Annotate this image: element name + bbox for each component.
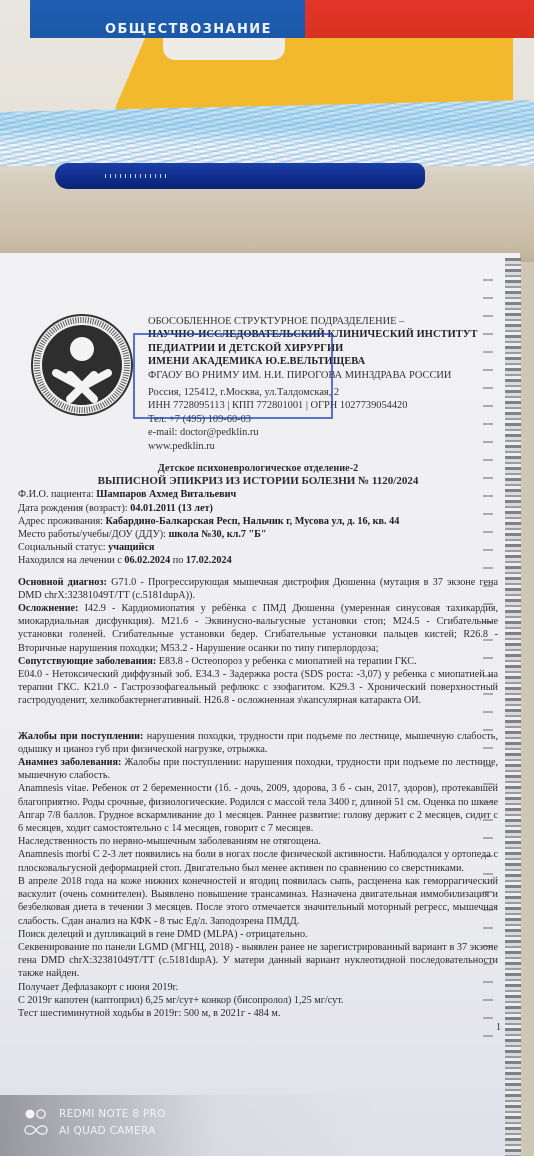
patient-name-row: Ф.И.О. пациента: Шампаров Ахмед Витальев… — [18, 488, 498, 501]
paragraph-deflazacort: Получает Дефлазакорт с июня 2019г. — [18, 981, 498, 994]
department: Детское психоневрологическое отделение-2 — [18, 462, 498, 475]
field-label: Дата рождения (возраст): — [18, 503, 128, 514]
org-line-1: ОБОСОБЛЕННОЕ СТРУКТУРНОЕ ПОДРАЗДЕЛЕНИЕ – — [148, 315, 488, 328]
paragraph-history-2018: В апреле 2018 года на коже нижних конечн… — [18, 875, 498, 928]
binder-spine — [505, 258, 521, 1156]
paragraph-walk-test: Тест шестиминутной ходьбы в 2019г: 500 м… — [18, 1007, 498, 1020]
field-label: Социальный статус: — [18, 542, 106, 553]
section-label: Сопутствующие заболевания: — [18, 656, 156, 667]
complication: Осложнение: I42.9 - Кардиомиопатия у реб… — [18, 602, 498, 655]
textbook-cover: ОБЩЕСТВОЗНАНИЕ — [30, 0, 308, 38]
field-label: Место работы/учебы/ДОУ (ДДУ): — [18, 529, 166, 540]
patient-status: учащийся — [108, 542, 154, 553]
section-label: Осложнение: — [18, 603, 78, 614]
complaints: Жалобы при поступлении: нарушения походк… — [18, 730, 498, 756]
patient-name: Шампаров Ахмед Витальевич — [96, 489, 236, 500]
blue-stamp — [133, 333, 333, 419]
quad-camera-icon — [24, 1107, 48, 1139]
comorbid-diseases: Сопутствующие заболевания: E83.8 - Остео… — [18, 655, 498, 668]
red-book-cover — [305, 0, 534, 38]
stay-from: 06.02.2024 — [124, 555, 170, 566]
patient-address-row: Адрес проживания: Кабардино-Балкарская Р… — [18, 515, 498, 528]
field-label: Адрес проживания: — [18, 516, 103, 527]
institute-logo-icon — [30, 313, 134, 417]
desk-background: ОБЩЕСТВОЗНАНИЕ — [0, 0, 534, 262]
patient-school-row: Место работы/учебы/ДОУ (ДДУ): школа №30,… — [18, 528, 498, 541]
main-diagnosis: Основной диагноз: G71.0 - Прогрессирующа… — [18, 576, 498, 602]
paragraph-anamnesis-vitae: Anamnesis vitae. Ребенок от 2 беременнос… — [18, 782, 498, 835]
section-label: Основной диагноз: — [18, 577, 107, 588]
crayon-drawing-paper — [0, 100, 534, 166]
comorbid-diseases-cont: E04.0 - Нетоксический диффузный зоб. E34… — [18, 668, 498, 708]
patient-status-row: Социальный статус: учащийся — [18, 541, 498, 554]
document-title: ВЫПИСНОЙ ЭПИКРИЗ ИЗ ИСТОРИИ БОЛЕЗНИ № 11… — [18, 475, 498, 488]
org-website: www.pedklin.ru — [148, 440, 488, 453]
pen-grip — [105, 174, 167, 178]
blue-pen — [55, 163, 425, 189]
watermark-model: REDMI NOTE 8 PRO — [59, 1106, 166, 1123]
paragraph-heredity: Наследственность по нервно-мышечным забо… — [18, 835, 498, 848]
section-text: I42.9 - Кардиомиопатия у ребёнка с ПМД Д… — [18, 603, 498, 654]
folder-handle-cutout — [163, 38, 285, 60]
org-email: e-mail: doctor@pedklin.ru — [148, 426, 488, 439]
paragraph-mlpa: Поиск делеций и дупликаций в гене DMD (M… — [18, 928, 498, 941]
field-label: Находился на лечении с — [18, 555, 122, 566]
anamnesis: Анамнез заболевания: Жалобы при поступле… — [18, 756, 498, 782]
stay-to: 17.02.2024 — [186, 555, 232, 566]
watermark-camera: AI QUAD CAMERA — [59, 1123, 166, 1140]
field-label: Ф.И.О. пациента: — [18, 489, 94, 500]
patient-address: Кабардино-Балкарская Респ, Нальчик г, Му… — [106, 516, 400, 527]
discharge-summary: Детское психоневрологическое отделение-2… — [18, 462, 498, 1020]
section-label: Анамнез заболевания: — [18, 757, 121, 768]
patient-school: школа №30, кл.7 "Б" — [169, 529, 267, 540]
stay-dates-row: Находился на лечении с 06.02.2024 по 17.… — [18, 554, 498, 567]
textbook-title: ОБЩЕСТВОЗНАНИЕ — [105, 22, 272, 37]
paragraph-medications: С 2019г капотен (каптоприл) 6,25 мг/сут+… — [18, 994, 498, 1007]
paragraph-anamnesis-morbi: Anamnesis morbi С 2-3 лет появились на б… — [18, 848, 498, 874]
patient-dob: 04.01.2011 (13 лет) — [130, 503, 213, 514]
patient-dob-row: Дата рождения (возраст): 04.01.2011 (13 … — [18, 502, 498, 515]
field-label: по — [173, 555, 184, 566]
section-label: Жалобы при поступлении: — [18, 731, 143, 742]
page-number: 1 — [496, 1022, 501, 1033]
paragraph-sequencing: Секвенирование по панели LGMD (МГНЦ, 201… — [18, 941, 498, 981]
section-text: E83.8 - Остеопороз у ребенка с миопатией… — [159, 656, 417, 667]
